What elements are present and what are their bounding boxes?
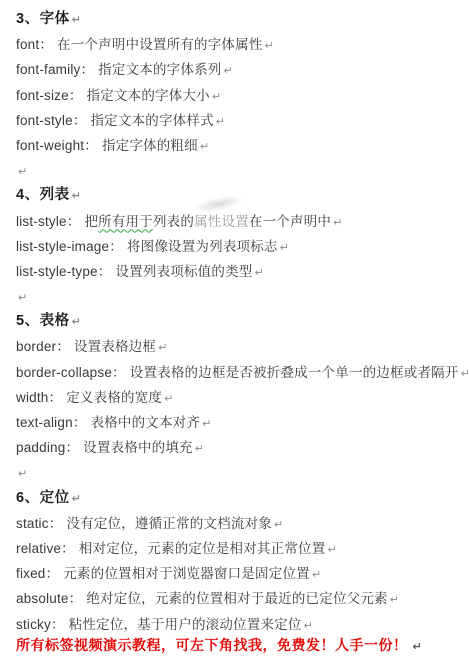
property-desc: 指定文本的字体大小: [87, 88, 210, 103]
paragraph-mark-icon: ↵: [390, 594, 399, 606]
property-term: sticky：: [16, 617, 65, 632]
property-desc: 没有定位，遵循正常的文档流对象: [66, 516, 272, 531]
property-term: font-style：: [16, 113, 86, 128]
property-term: width：: [16, 390, 62, 405]
property-line-relative: relative：相对定位，元素的定位是相对其正常位置↵: [16, 536, 461, 561]
property-term: list-style-image：: [16, 239, 123, 254]
property-desc-suffix: 在一个声明中: [249, 214, 331, 229]
property-term: fixed：: [16, 566, 59, 581]
property-term: text-align：: [16, 415, 86, 430]
property-line-sticky: sticky：粘性定位，基于用户的滚动位置来定位↵: [16, 612, 461, 637]
property-line-font: font：在一个声明中设置所有的字体属性↵: [16, 32, 461, 57]
property-term: list-style-type：: [16, 264, 111, 279]
footer-note: 所有标签视频演示教程，可左下角找我，免费发！人手一份！↵: [16, 637, 461, 653]
property-term: border-collapse：: [16, 365, 126, 380]
property-line-border-collapse: border-collapse：设置表格的边框是否被折叠成一个单一的边框或者隔开…: [16, 360, 461, 385]
property-desc: 设置表格边框: [74, 339, 156, 354]
heading-text: 4、列表: [16, 187, 70, 203]
paragraph-mark-icon: ↵: [280, 242, 289, 254]
empty-line: ↵: [16, 158, 461, 183]
property-term: font：: [16, 37, 53, 52]
property-line-font-family: font-family：指定文本的字体系列↵: [16, 57, 461, 82]
property-desc: 绝对定位，元素的位置相对于最近的已定位父元素: [86, 591, 387, 606]
property-line-padding: padding：设置表格中的填充↵: [16, 435, 461, 460]
property-line-absolute: absolute：绝对定位，元素的位置相对于最近的已定位父元素↵: [16, 586, 461, 611]
property-line-list-style: list-style：把所有用于列表的属性设置在一个声明中↵: [16, 209, 461, 234]
property-desc-prefix: 把: [84, 214, 98, 229]
paragraph-mark-icon: ↵: [164, 393, 173, 405]
property-desc: 设置表格的边框是否被折叠成一个单一的边框或者隔开: [130, 365, 459, 380]
paragraph-mark-icon: ↵: [158, 342, 167, 354]
property-line-static: static：没有定位，遵循正常的文档流对象↵: [16, 511, 461, 536]
property-term: font-weight：: [16, 138, 98, 153]
paragraph-mark-icon: ↵: [72, 14, 82, 26]
property-desc: 在一个声明中设置所有的字体属性: [57, 37, 263, 52]
property-desc: 相对定位，元素的定位是相对其正常位置: [79, 541, 326, 556]
paragraph-mark-icon: ↵: [254, 267, 263, 279]
paragraph-mark-icon: ↵: [312, 569, 321, 581]
paragraph-mark-icon: ↵: [265, 40, 274, 52]
property-term: list-style：: [16, 214, 80, 229]
paragraph-mark-icon: ↵: [72, 190, 82, 202]
property-desc: 将图像设置为列表项标志: [127, 239, 278, 254]
paragraph-mark-icon: ↵: [18, 292, 27, 304]
document-page: 3、字体↵ font：在一个声明中设置所有的字体属性↵ font-family：…: [0, 0, 469, 653]
spellcheck-squiggle-text: 所有用于: [98, 214, 153, 229]
heading-text: 6、定位: [16, 490, 70, 506]
heading-text: 5、表格: [16, 313, 70, 329]
property-desc: 表格中的文本对齐: [90, 415, 200, 430]
footer-text: 所有标签视频演示教程，可左下角找我，免费发！人手一份！: [16, 637, 408, 653]
faded-smudged-text: 属性设置: [194, 214, 249, 229]
paragraph-mark-icon: ↵: [195, 443, 204, 455]
property-desc-mid: 列表的: [153, 214, 194, 229]
property-line-font-size: font-size：指定文本的字体大小↵: [16, 83, 461, 108]
property-term: absolute：: [16, 591, 82, 606]
section-heading-fonts: 3、字体↵: [16, 7, 461, 32]
property-desc: 指定文本的字体系列: [98, 62, 221, 77]
paragraph-mark-icon: ↵: [333, 217, 342, 229]
paragraph-mark-icon: ↵: [202, 418, 211, 430]
paragraph-mark-icon: ↵: [216, 116, 225, 128]
paragraph-mark-icon: ↵: [72, 316, 82, 328]
property-desc: 设置表格中的填充: [83, 440, 193, 455]
section-heading-tables: 5、表格↵: [16, 309, 461, 334]
property-line-list-style-type: list-style-type：设置列表项标值的类型↵: [16, 259, 461, 284]
paragraph-mark-icon: ↵: [413, 641, 423, 653]
property-desc: 指定文本的字体样式: [90, 113, 213, 128]
empty-line: ↵: [16, 284, 461, 309]
property-desc: 粘性定位，基于用户的滚动位置来定位: [69, 617, 302, 632]
property-term: padding：: [16, 440, 79, 455]
paragraph-mark-icon: ↵: [223, 65, 232, 77]
property-term: border：: [16, 339, 70, 354]
paragraph-mark-icon: ↵: [200, 141, 209, 153]
paragraph-mark-icon: ↵: [212, 91, 221, 103]
paragraph-mark-icon: ↵: [304, 620, 313, 632]
property-desc: 指定字体的粗细: [102, 138, 198, 153]
paragraph-mark-icon: ↵: [461, 368, 469, 380]
property-line-font-weight: font-weight：指定字体的粗细↵: [16, 133, 461, 158]
property-line-border: border：设置表格边框↵: [16, 334, 461, 359]
property-term: relative：: [16, 541, 75, 556]
empty-line: ↵: [16, 460, 461, 485]
paragraph-mark-icon: ↵: [18, 166, 27, 178]
paragraph-mark-icon: ↵: [72, 493, 82, 505]
property-term: font-size：: [16, 88, 83, 103]
property-desc: 设置列表项标值的类型: [115, 264, 252, 279]
paragraph-mark-icon: ↵: [18, 468, 27, 480]
paragraph-mark-icon: ↵: [274, 519, 283, 531]
property-line-list-style-image: list-style-image：将图像设置为列表项标志↵: [16, 234, 461, 259]
property-line-text-align: text-align：表格中的文本对齐↵: [16, 410, 461, 435]
section-heading-lists: 4、列表↵: [16, 183, 461, 208]
property-term: font-family：: [16, 62, 94, 77]
property-line-width: width：定义表格的宽度↵: [16, 385, 461, 410]
section-heading-positioning: 6、定位↵: [16, 486, 461, 511]
property-line-font-style: font-style：指定文本的字体样式↵: [16, 108, 461, 133]
property-desc: 元素的位置相对于浏览器窗口是固定位置: [63, 566, 310, 581]
paragraph-mark-icon: ↵: [327, 544, 336, 556]
property-desc: 定义表格的宽度: [66, 390, 162, 405]
property-term: static：: [16, 516, 62, 531]
property-line-fixed: fixed：元素的位置相对于浏览器窗口是固定位置↵: [16, 561, 461, 586]
heading-text: 3、字体: [16, 11, 70, 27]
